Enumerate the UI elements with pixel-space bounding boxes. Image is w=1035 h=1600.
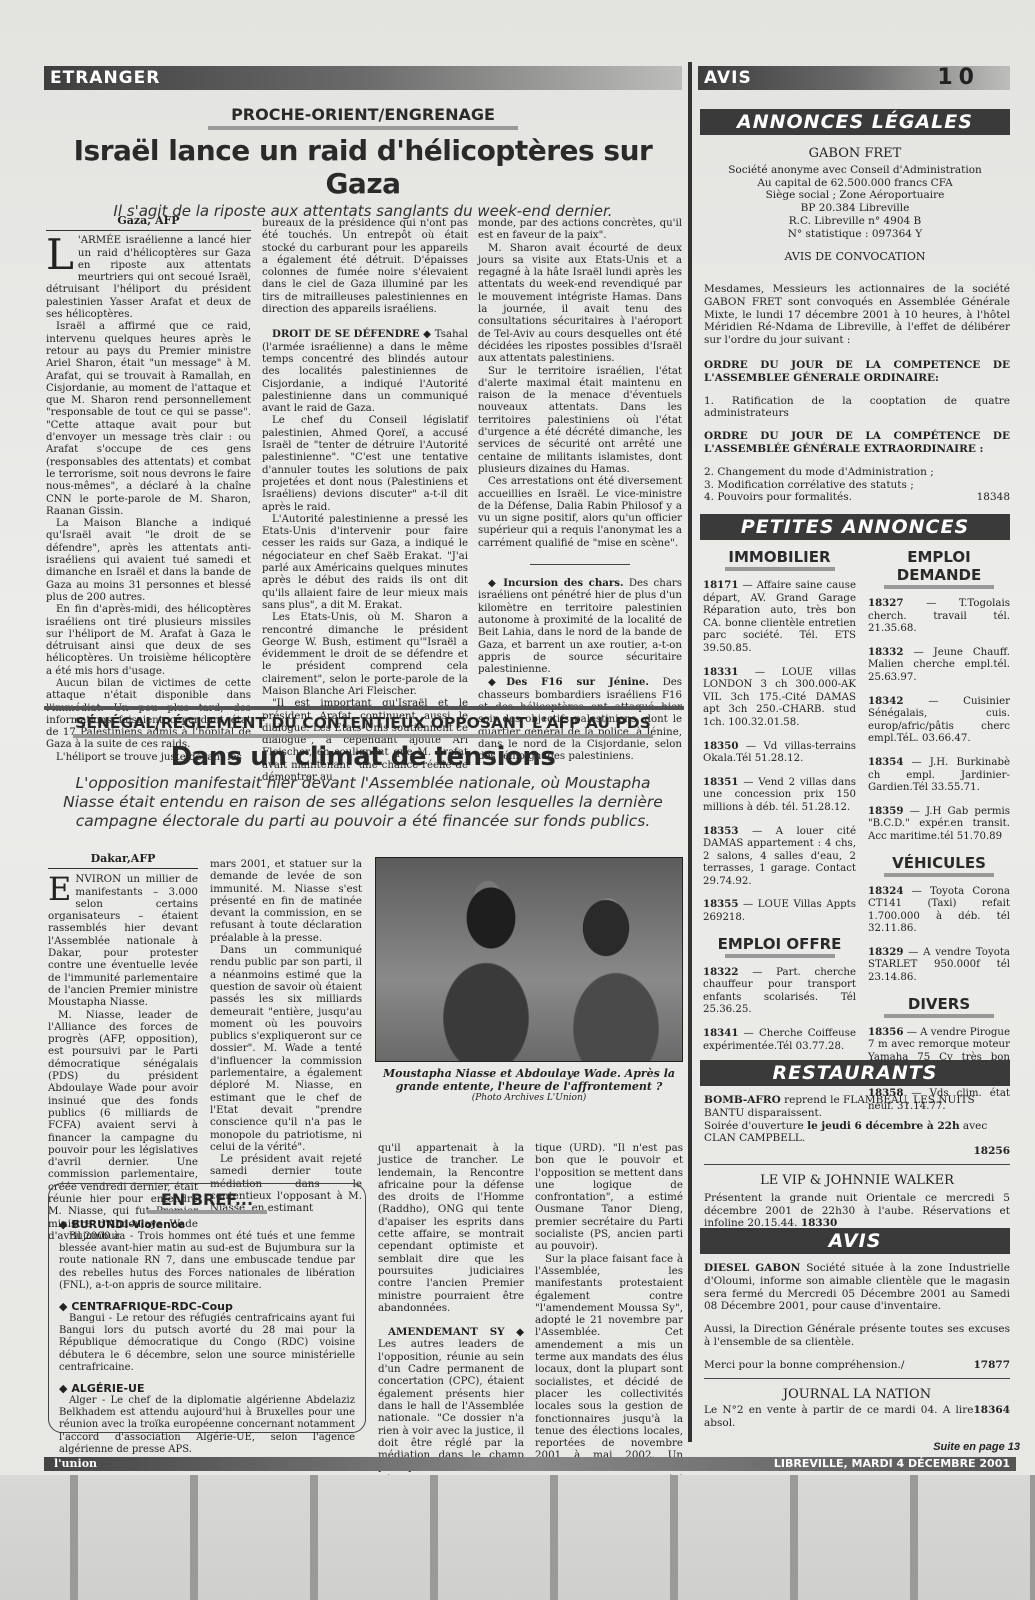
ad-lead: DIESEL GABON [704, 1262, 800, 1274]
article2-headline: Dans un climat de tensions [44, 742, 682, 772]
article2-deck: L'opposition manifestait hier devant l'A… [44, 774, 682, 831]
title-underline [725, 954, 835, 958]
title-underline [884, 585, 994, 589]
ad-ref: 18342 [868, 695, 903, 707]
ad-ref: 18353 [703, 825, 738, 837]
article1-column-2: bureaux de la présidence qui n'ont pas é… [262, 218, 468, 784]
article1-column-1: Gaza, AFP L 'ARMÉE israélienne a lancé h… [46, 215, 251, 764]
paragraph: 'ARMÉE israélienne a lancé hier un raid … [46, 235, 251, 321]
article1-column-3: monde, par des actions concrètes, qu'il … [478, 218, 682, 763]
ad-text: Soirée d'ouverture [704, 1120, 807, 1132]
classified-ad: 18342 — Cuisinier Sénégalais, cuis. euro… [868, 695, 1010, 746]
company-line: Au capital de 62.500.000 francs CFA [700, 177, 1010, 190]
classified-ad: 18322 — Part. cherche chauffeur pour tra… [703, 966, 856, 1017]
diamond-icon: ◆ [488, 677, 506, 688]
paper-name: l'union [44, 1457, 97, 1470]
agenda-item: 3. Modification corrélative des statuts … [704, 479, 1010, 492]
paragraph: monde, par des actions concrètes, qu'il … [478, 218, 682, 243]
vehicules-title: VÉHICULES [868, 854, 1010, 872]
article1-dateline: Gaza, AFP [46, 215, 251, 231]
company-line: BP 20.384 Libreville [700, 202, 1010, 215]
paragraph: Ces arrestations ont été diversement acc… [478, 476, 682, 550]
paragraph: Des chars israéliens ont pénétré hier de… [478, 578, 682, 675]
article1-kicker: PROCHE-ORIENT/ENGRENAGE [44, 105, 682, 124]
classified-ad: 18329 — A vendre Toyota STARLET 950.000f… [868, 946, 1010, 985]
column-divider [688, 62, 692, 1442]
immobilier-title: IMMOBILIER [703, 548, 856, 566]
company-name: GABON FRET [700, 148, 1010, 161]
photo-caption-block: Moustapha Niasse et Abdoulaye Wade. Aprè… [375, 1067, 683, 1103]
restaurants-header: RESTAURANTS [700, 1060, 1010, 1086]
classified-ad: 18171 — Affaire saine cause départ, AV. … [703, 579, 856, 656]
divider [704, 1378, 1010, 1379]
brief-heading: ALGÉRIE-UE [71, 1382, 144, 1395]
footer-bar: l'union LIBREVILLE, MARDI 4 DÉCEMBRE 200… [44, 1457, 1016, 1471]
paragraph: mars 2001, et statuer sur la demande de … [210, 858, 362, 944]
classified-ad: 18353 — A louer cité DAMAS appartement :… [703, 825, 856, 889]
classified-ad: 18359 — J.H Gab permis "B.C.D." expér.en… [868, 805, 1010, 844]
title-underline [884, 873, 994, 877]
section-banner-etranger: ETRANGER [44, 66, 682, 90]
en-bref-box: EN BREF... ◆ BURUNDI-Violence Bujumbura … [48, 1183, 366, 1433]
immobilier-column: IMMOBILIER 18171 — Affaire saine cause d… [703, 548, 856, 1063]
article2-header: SÉNÉGAL/RÉGLEMENT DU CONTENTIEUX OPPOSAN… [44, 714, 682, 831]
article1-headline: Israël lance un raid d'hélicoptères sur … [44, 134, 682, 200]
title-underline [147, 1210, 267, 1214]
en-bref-title: EN BREF... [59, 1190, 355, 1209]
classified-ad: 18355 — LOUE Villas Appts 269218. [703, 898, 856, 924]
brief-label: Des F16 sur Jénine. [506, 676, 649, 688]
dropcap: L [46, 237, 74, 273]
classified-ad: 18331 — LOUE villas LONDON 3 ch 300.000-… [703, 666, 856, 730]
paragraph: Dans un communiqué rendu public par son … [210, 944, 362, 1153]
continued-on-page: Suite en page 13 [900, 1441, 1020, 1453]
article2-kicker: SÉNÉGAL/RÉGLEMENT DU CONTENTIEUX OPPOSAN… [44, 714, 682, 732]
restaurants-ads: BOMB-AFRO reprend le FLAMBEAU, LES NUITS… [704, 1094, 1010, 1230]
paragraph: Tsahal (l'armée israélienne) a dans le m… [262, 329, 468, 414]
convocation-title: AVIS DE CONVOCATION [700, 251, 1010, 264]
section-title: AVIS [704, 68, 752, 88]
gabon-fret-block: GABON FRET Société anonyme avec Conseil … [700, 148, 1010, 263]
ad-ref: 18332 [868, 646, 903, 658]
company-line: Siège social ; Zone Aéroportuaire [700, 189, 1010, 202]
brief-item: ◆ CENTRAFRIQUE-RDC-Coup Bangui - Le reto… [59, 1300, 355, 1374]
dropcap: E [48, 875, 71, 903]
ad-title: JOURNAL LA NATION [704, 1389, 1010, 1402]
ad-ref: 18324 [868, 885, 903, 897]
ad-ref: 18341 [703, 1027, 738, 1039]
ad-ref: 18329 [868, 946, 903, 958]
agenda-title: ORDRE DU JOUR DE LA COMPETENCE DE L'ASSE… [704, 359, 1010, 385]
brief-heading: BURUNDI-Violence [71, 1218, 185, 1231]
paragraph: tique (URD). "Il n'est pas bon que le po… [535, 1142, 683, 1253]
ad-ref: 18327 [868, 597, 903, 609]
paragraph: Le chef du Conseil législatif palestinie… [262, 415, 468, 513]
photo-caption: Moustapha Niasse et Abdoulaye Wade. Aprè… [375, 1067, 683, 1093]
ad-text: Merci pour la bonne compréhension./ [704, 1359, 904, 1372]
emploi-offre-title: EMPLOI OFFRE [703, 935, 856, 953]
ad-ref: 18364 [973, 1404, 1010, 1430]
agenda-item: 2. Changement du mode d'Administration ; [704, 466, 1010, 479]
agenda-item: 4. Pouvoirs pour formalités. [704, 491, 852, 504]
convocation-body: Mesdames, Messieurs les actionnaires de … [704, 283, 1010, 504]
avis-header: AVIS [700, 1228, 1010, 1254]
company-line: Société anonyme avec Conseil d'Administr… [700, 164, 1010, 177]
diamond-icon: ◆ [59, 1382, 67, 1395]
ad-lead: BOMB-AFRO [704, 1094, 781, 1106]
footer-dateline: LIBREVILLE, MARDI 4 DÉCEMBRE 2001 [774, 1457, 1010, 1471]
emploi-demande-title: EMPLOI DEMANDE [868, 548, 1010, 584]
section-title: ETRANGER [50, 68, 160, 88]
paragraph: L'Autorité palestinienne a pressé les Et… [262, 514, 468, 612]
company-line: N° statistique : 097364 Y [700, 228, 1010, 241]
ad-ref: 18350 [703, 740, 738, 752]
diamond-icon: ◆ [423, 329, 431, 340]
diamond-icon: ◆ [59, 1218, 67, 1231]
ad-ref: 18171 [703, 579, 738, 591]
ad-text-bold: le jeudi 6 décembre à 22h [807, 1120, 960, 1132]
paragraph: bureaux de la présidence qui n'ont pas é… [262, 218, 468, 316]
divers-title: DIVERS [868, 995, 1010, 1013]
photo-credit: (Photo Archives L'Union) [375, 1093, 683, 1103]
article1-header: PROCHE-ORIENT/ENGRENAGE Israël lance un … [44, 105, 682, 220]
divider [530, 564, 630, 565]
avis-ads: DIESEL GABON Société située à la zone In… [704, 1262, 1010, 1430]
brief-heading: CENTRAFRIQUE-RDC-Coup [71, 1300, 233, 1313]
ad-text: Le N°2 en vente à partir de ce mardi 04.… [704, 1404, 973, 1430]
diamond-icon: ◆ [488, 578, 498, 589]
paragraph: Israël a affirmé que ce raid, intervenu … [46, 321, 251, 518]
diamond-icon: ◆ [516, 1326, 524, 1338]
article2-column-2: mars 2001, et statuer sur la demande de … [210, 858, 362, 1215]
section-banner-avis: AVIS 10 [698, 66, 1010, 90]
divider [704, 1164, 1010, 1165]
brief-text: Alger - Le chef de la diplomatie algérie… [59, 1395, 355, 1456]
ad-ref: 18354 [868, 756, 903, 768]
paragraph: Sur le territoire israélien, l'état d'al… [478, 366, 682, 477]
brief-text: Bangui - Le retour des réfugiés centrafr… [59, 1313, 355, 1374]
ad-ref: 18322 [703, 966, 738, 978]
ad-ref: 18356 [868, 1026, 903, 1038]
emploi-demande-column: EMPLOI DEMANDE 18327 — T.Togolais cherch… [868, 548, 1010, 1123]
subhead-label: AMENDEMANT SY [388, 1326, 505, 1338]
ad-text: — Affaire saine cause départ, AV. Grand … [703, 580, 856, 654]
convocation-text: Mesdames, Messieurs les actionnaires de … [704, 283, 1010, 347]
newspaper-page: ETRANGER PROCHE-ORIENT/ENGRENAGE Israël … [0, 0, 1035, 1600]
company-line: R.C. Libreville n° 4904 B [700, 215, 1010, 228]
paragraph: M. Sharon avait écourté de deux jours sa… [478, 243, 682, 366]
brief-label: Incursion des chars. [503, 577, 623, 589]
article2-dateline: Dakar,AFP [48, 853, 198, 869]
brief-item: ◆ ALGÉRIE-UE Alger - Le chef de la diplo… [59, 1382, 355, 1456]
classified-ad: 18327 — T.Togolais cherch. travail tél. … [868, 597, 1010, 636]
classified-ad: 18354 — J.H. Burkinabè ch empl. Jardinie… [868, 756, 1010, 795]
ad-ref: 18351 [703, 776, 738, 788]
agenda-item: 1. Ratification de la cooptation de quat… [704, 395, 1010, 421]
petites-annonces-header: PETITES ANNONCES [700, 514, 1010, 540]
diamond-icon: ◆ [59, 1300, 67, 1313]
paragraph: qu'il appartenait à la justice de tranch… [378, 1142, 524, 1314]
ad-ref: 18348 [977, 491, 1010, 504]
ad-ref: 18256 [973, 1145, 1010, 1157]
paragraph: Les Etats-Unis, où M. Sharon a rencontré… [262, 612, 468, 698]
classified-ad: 18341 — Cherche Coiffeuse expérimentée.T… [703, 1027, 856, 1053]
title-underline [725, 567, 835, 571]
ad-ref: 18355 [703, 898, 738, 910]
ad-ref: 18331 [703, 666, 738, 678]
ad-ref: 17877 [973, 1359, 1010, 1372]
ad-text: Présentent la grande nuit Orientale ce m… [704, 1192, 1010, 1230]
brief-text: Bujumbura - Trois hommes ont été tués et… [59, 1231, 355, 1292]
classified-ad: 18351 — Vend 2 villas dans une concessio… [703, 776, 856, 815]
ad-text: Aussi, la Direction Générale présente to… [704, 1323, 1010, 1349]
classified-ad: 18350 — Vd villas-terrains Okala.Tél 51.… [703, 740, 856, 766]
title-underline [884, 1014, 994, 1018]
subhead-label: DROIT DE SE DÉFENDRE [272, 328, 420, 340]
brief-item: ◆ BURUNDI-Violence Bujumbura - Trois hom… [59, 1218, 355, 1292]
photo-niasse-wade [375, 857, 683, 1062]
classified-ad: 18324 — Toyota Corona CT141 (Taxi) refai… [868, 885, 1010, 936]
ad-ref: 18359 [868, 805, 903, 817]
ad-title: LE VIP & JOHNNIE WALKER [704, 1175, 1010, 1188]
classified-ad: 18332 — Jeune Chauff. Malien cherche emp… [868, 646, 1010, 685]
paragraph: La Maison Blanche a indiqué qu'Israël av… [46, 518, 251, 604]
paragraph: En fin d'après-midi, des hélicoptères is… [46, 604, 251, 678]
kicker-underline [208, 126, 518, 130]
annonces-legales-header: ANNONCES LÉGALES [700, 109, 1010, 135]
page-number: 10 [937, 66, 980, 90]
article-divider [44, 706, 684, 710]
scan-background [0, 1475, 1035, 1600]
agenda-title: ORDRE DU JOUR DE LA COMPÉTENCE DE L'ASSE… [704, 430, 1010, 456]
kicker-underline [73, 734, 653, 738]
